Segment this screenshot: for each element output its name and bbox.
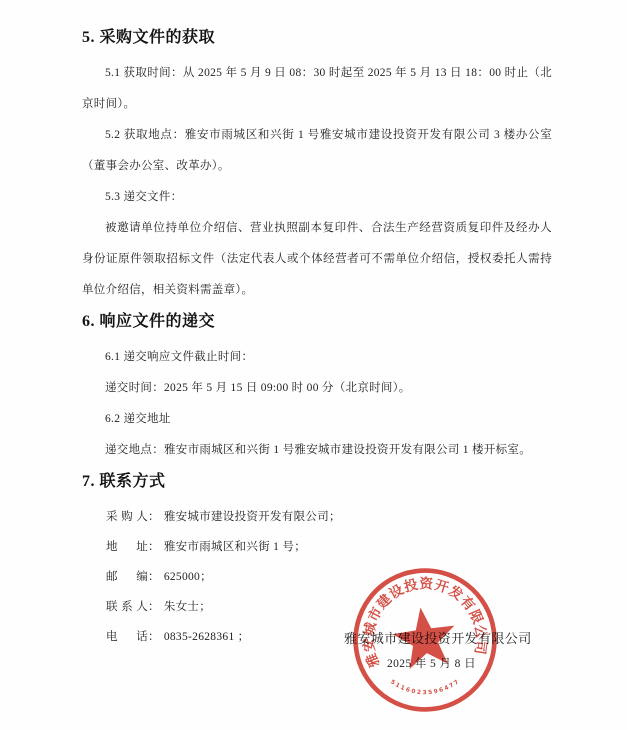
section-7-heading: 7. 联系方式 bbox=[82, 470, 552, 494]
contact-colon: ： bbox=[148, 502, 160, 532]
contact-colon: ： bbox=[148, 592, 160, 622]
paragraph-5-3: 5.3 递交文件： bbox=[82, 182, 552, 213]
contact-label: 联系人 bbox=[106, 592, 148, 622]
contact-label: 邮编 bbox=[106, 562, 148, 592]
contact-colon: ： bbox=[148, 622, 160, 652]
section-5-heading: 5. 采购文件的获取 bbox=[82, 26, 552, 50]
contact-row-person: 联系人：朱女士； bbox=[106, 592, 552, 622]
paragraph-6-2: 递交时间：2025 年 5 月 15 日 09:00 时 00 分（北京时间）。 bbox=[82, 373, 552, 404]
document-page: 5. 采购文件的获取 5.1 获取时间：从 2025 年 5 月 9 日 08：… bbox=[0, 0, 627, 730]
contact-value: 雅安市雨城区和兴街 1 号； bbox=[164, 532, 306, 562]
contact-row-purchaser: 采购人：雅安城市建设投资开发有限公司； bbox=[106, 502, 552, 532]
contact-value: 625000； bbox=[164, 562, 212, 592]
contact-value: 雅安城市建设投资开发有限公司； bbox=[164, 502, 341, 532]
contact-row-address: 地址：雅安市雨城区和兴街 1 号； bbox=[106, 532, 552, 562]
contact-colon: ： bbox=[148, 562, 160, 592]
paragraph-6-1: 6.1 递交响应文件截止时间： bbox=[82, 342, 552, 373]
paragraph-5-1: 5.1 获取时间：从 2025 年 5 月 9 日 08：30 时起至 2025… bbox=[82, 58, 552, 120]
paragraph-6-3: 6.2 递交地址 bbox=[82, 404, 552, 435]
contact-value: 0835-2628361 ； bbox=[164, 622, 250, 652]
contact-label: 电话 bbox=[106, 622, 148, 652]
contact-label: 地址 bbox=[106, 532, 148, 562]
paragraph-5-4: 被邀请单位持单位介绍信、营业执照副本复印件、合法生产经营资质复印件及经办人身份证… bbox=[82, 213, 552, 306]
paragraph-5-2: 5.2 获取地点：雅安市雨城区和兴街 1 号雅安城市建设投资开发有限公司 3 楼… bbox=[82, 120, 552, 182]
section-6-heading: 6. 响应文件的递交 bbox=[82, 310, 552, 334]
contact-label: 采购人 bbox=[106, 502, 148, 532]
signature-company-name: 雅安城市建设投资开发有限公司 bbox=[344, 628, 532, 647]
paragraph-6-4: 递交地点：雅安市雨城区和兴街 1 号雅安城市建设投资开发有限公司 1 楼开标室。 bbox=[82, 435, 552, 466]
signature-date: 2025 年 5 月 8 日 bbox=[387, 655, 476, 671]
contact-row-postcode: 邮编：625000； bbox=[106, 562, 552, 592]
seal-code-text: 5116023596477 bbox=[388, 670, 462, 702]
contact-value: 朱女士； bbox=[164, 592, 211, 622]
contact-colon: ： bbox=[148, 532, 160, 562]
